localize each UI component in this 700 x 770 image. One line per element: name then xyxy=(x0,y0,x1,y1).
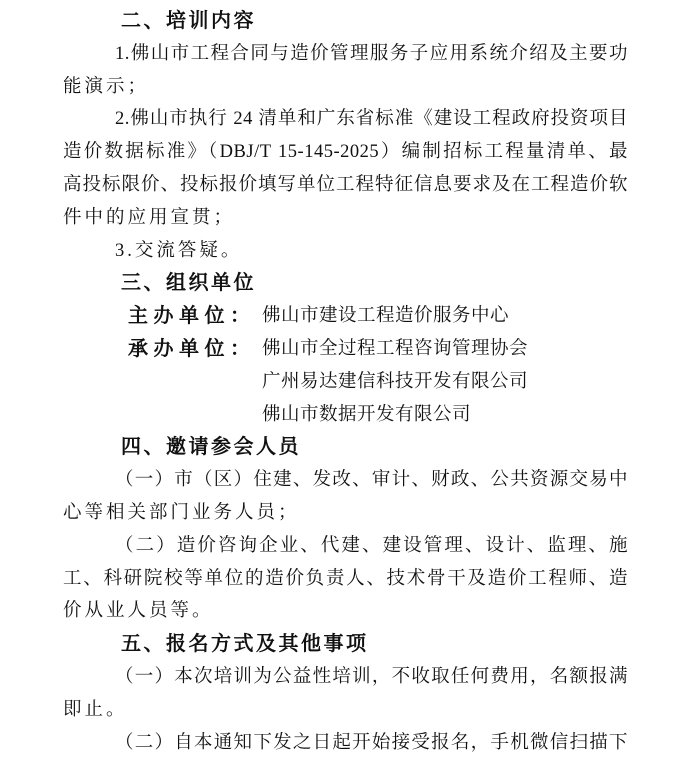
heading-training-content: 二、培训内容 xyxy=(121,5,628,38)
paragraph: 3.交流答疑。 xyxy=(63,235,628,268)
org-row-co-organizer: 承办单位：佛山市全过程工程咨询管理协会 xyxy=(63,333,628,366)
paragraph: （一）市（区）住建、发改、审计、财政、公共资源交易中 心等相关部门业务人员； xyxy=(63,464,628,530)
heading-organizers: 三、组织单位 xyxy=(121,267,628,300)
org-unit-value: 广州易达建信科技开发有限公司 xyxy=(262,372,528,392)
text-line: （二）造价咨询企业、代建、建设管理、设计、监理、施 xyxy=(63,530,628,563)
paragraph: （二）造价咨询企业、代建、建设管理、设计、监理、施 工、科研院校等单位的造价负责… xyxy=(63,530,628,628)
org-row-host: 主办单位：佛山市建设工程造价服务中心 xyxy=(63,300,628,333)
text-line: 心等相关部门业务人员； xyxy=(63,497,628,530)
org-unit-label: 主办单位： xyxy=(128,300,262,333)
org-unit-value: 佛山市数据开发有限公司 xyxy=(262,405,471,425)
document-page: 二、培训内容 1.佛山市工程合同与造价管理服务子应用系统介绍及主要功 能演示； … xyxy=(63,5,628,759)
paragraph: 2.佛山市执行 24 清单和广东省标准《建设工程政府投资项目 造价数据标准》（D… xyxy=(63,103,628,234)
text-line: （一）市（区）住建、发改、审计、财政、公共资源交易中 xyxy=(63,464,628,497)
paragraph: （二）自本通知下发之日起开始接受报名，手机微信扫描下 xyxy=(63,727,628,760)
paragraph: （一）本次培训为公益性培训，不收取任何费用，名额报满 即止。 xyxy=(63,661,628,727)
org-unit-value: 佛山市建设工程造价服务中心 xyxy=(262,306,509,326)
heading-invited-participants: 四、邀请参会人员 xyxy=(121,431,628,464)
text-line: 1.佛山市工程合同与造价管理服务子应用系统介绍及主要功 xyxy=(63,38,628,71)
org-unit-label: 承办单位： xyxy=(128,333,262,366)
heading-registration: 五、报名方式及其他事项 xyxy=(121,628,628,661)
text-line: （一）本次培训为公益性培训，不收取任何费用，名额报满 xyxy=(63,661,628,694)
text-line: 造价数据标准》（DBJ/T 15-145-2025）编制招标工程量清单、最 xyxy=(63,136,628,169)
text-line: 即止。 xyxy=(63,694,628,727)
text-line: 3.交流答疑。 xyxy=(63,235,628,268)
text-line: 价从业人员等。 xyxy=(63,595,628,628)
org-unit-value: 佛山市全过程工程咨询管理协会 xyxy=(262,339,528,359)
text-line: 2.佛山市执行 24 清单和广东省标准《建设工程政府投资项目 xyxy=(63,103,628,136)
paragraph: 1.佛山市工程合同与造价管理服务子应用系统介绍及主要功 能演示； xyxy=(63,38,628,104)
text-line: 能演示； xyxy=(63,71,628,104)
org-row-co-organizer: 广州易达建信科技开发有限公司 xyxy=(63,366,628,399)
org-row-co-organizer: 佛山市数据开发有限公司 xyxy=(63,399,628,432)
text-line: 件中的应用宣贯； xyxy=(63,202,628,235)
text-line: （二）自本通知下发之日起开始接受报名，手机微信扫描下 xyxy=(63,727,628,760)
text-line: 高投标限价、投标报价填写单位工程特征信息要求及在工程造价软 xyxy=(63,169,628,202)
text-line: 工、科研院校等单位的造价负责人、技术骨干及造价工程师、造 xyxy=(63,563,628,596)
